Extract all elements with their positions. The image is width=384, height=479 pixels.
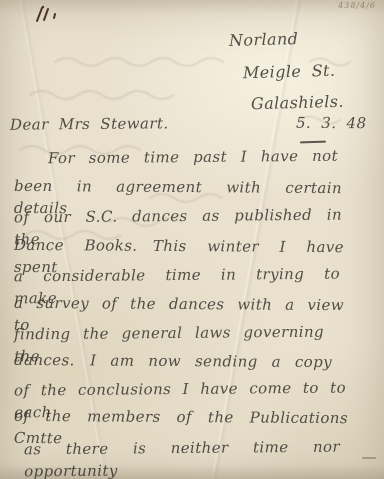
body-line-5: a considerable time in trying to make (14, 263, 340, 290)
body-line-2: been in agreement with certain details (14, 175, 342, 201)
smudge-mark (362, 457, 376, 459)
body-line-3: of our S.C. dances as published in the (14, 204, 342, 231)
body-line-6: a survey of the dances with a view to (14, 292, 344, 318)
body-line-8: dances. I am now sending a copy (14, 349, 332, 375)
body-line-7: finding the general laws governing the (14, 321, 324, 348)
body-line-4: Dance Books. This winter I have spent (14, 234, 344, 260)
ink-mark (33, 5, 67, 27)
stroke-mark (300, 141, 326, 144)
body-line-10: of the members of the Publications Cmtte (14, 405, 348, 431)
address-line-2: Meigle St. (243, 60, 336, 85)
archival-number: 438/4/6 (338, 1, 376, 10)
body-line-1: For some time past I have not (48, 145, 338, 172)
address-line-1: Norland (229, 28, 299, 52)
letter-date: 5. 3. 48 (296, 112, 367, 134)
salutation: Dear Mrs Stewart. (10, 112, 169, 135)
body-line-9: of the conclusions I have come to to eac… (14, 377, 346, 404)
letter-page: 438/4/6 Norland Meigle St. Galashiels. D… (0, 0, 384, 479)
body-line-11: as there is neither time nor opportunity (24, 436, 340, 463)
